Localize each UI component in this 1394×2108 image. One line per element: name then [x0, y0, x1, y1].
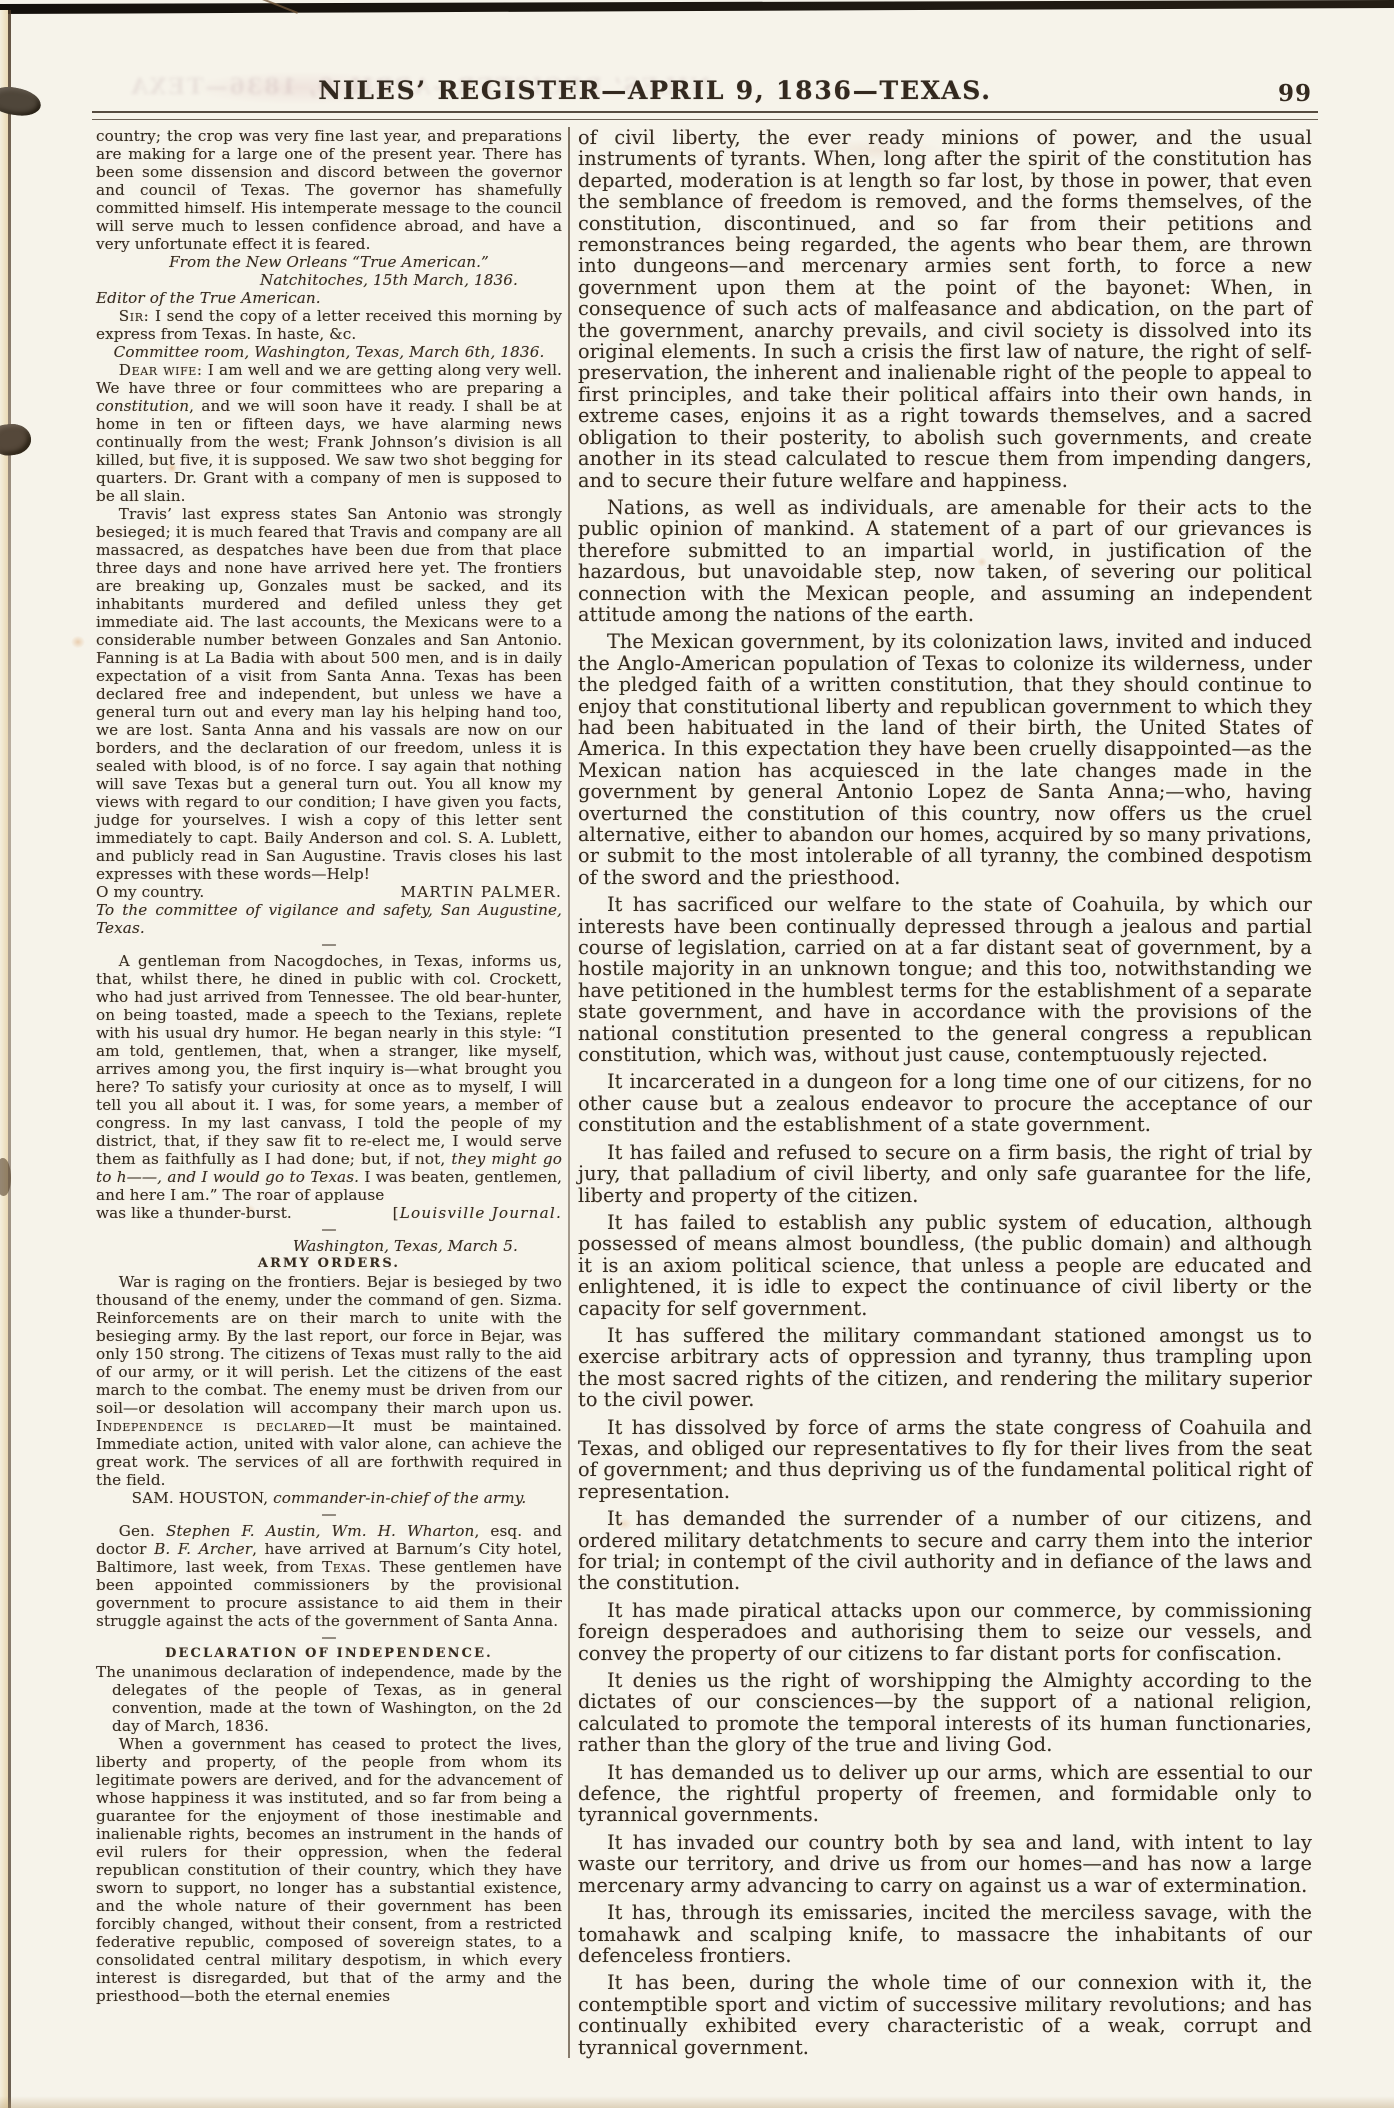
- section-divider: —: [96, 937, 562, 952]
- paragraph: It has demanded us to deliver up our arm…: [578, 1762, 1312, 1826]
- column-divider-rule: [568, 127, 570, 2058]
- paragraph: The Mexican government, by its colonizat…: [578, 631, 1312, 888]
- paragraph: It has sacrificed our welfare to the sta…: [578, 894, 1312, 1065]
- paragraph: When a government has ceased to protect …: [96, 1735, 562, 2005]
- paragraph: It has demanded the surrender of a numbe…: [578, 1508, 1312, 1594]
- section-divider: —: [96, 1222, 562, 1237]
- page-bottom-shadow: [0, 2096, 1394, 2108]
- paragraph: It incarcerated in a dungeon for a long …: [578, 1071, 1312, 1135]
- paragraph: It has made piratical attacks upon our c…: [578, 1600, 1312, 1664]
- paragraph: It denies us the right of worshipping th…: [578, 1670, 1312, 1756]
- paragraph: Sir: I send the copy of a letter receive…: [96, 307, 562, 343]
- paragraph: War is raging on the frontiers. Bejar is…: [96, 1273, 562, 1489]
- text-columns: country; the crop was very fine last yea…: [96, 127, 1312, 2058]
- section-divider: —: [96, 1507, 562, 1522]
- binding-line: [8, 10, 11, 2108]
- dateline: Natchitoches, 15th March, 1836.: [96, 271, 562, 289]
- right-column: of civil liberty, the ever ready minions…: [578, 127, 1312, 2058]
- paragraph: It has, through its emissaries, incited …: [578, 1902, 1312, 1966]
- paragraph: country; the crop was very fine last yea…: [96, 127, 562, 253]
- page-header: NILES’ REGISTER—APRIL 9, 1836—TEXAS. NIL…: [0, 76, 1394, 110]
- paragraph: The unanimous declaration of independenc…: [96, 1663, 562, 1735]
- paragraph: It has failed and refused to secure on a…: [578, 1142, 1312, 1206]
- paragraph: Travis’ last express states San Antonio …: [96, 505, 562, 883]
- declaration-heading: DECLARATION OF INDEPENDENCE.: [96, 1645, 562, 1663]
- signature-line: O my country.MARTIN PALMER.: [96, 883, 562, 901]
- scanned-page: { "header": { "title": "NILES’ REGISTER—…: [0, 0, 1394, 2108]
- paragraph: It has been, during the whole time of ou…: [578, 1972, 1312, 2058]
- paragraph: It has invaded our country both by sea a…: [578, 1832, 1312, 1896]
- paragraph: It has failed to establish any public sy…: [578, 1212, 1312, 1319]
- header-double-rule: [92, 111, 1318, 120]
- address-line: To the committee of vigilance and safety…: [96, 901, 562, 937]
- binding-edge: [0, 10, 8, 2108]
- paragraph: A gentleman from Nacogdoches, in Texas, …: [96, 952, 562, 1204]
- left-column: country; the crop was very fine last yea…: [96, 127, 562, 2058]
- paragraph: of civil liberty, the ever ready minions…: [578, 127, 1312, 491]
- paragraph: Dear wife: I am well and we are getting …: [96, 361, 562, 505]
- paragraph: Nations, as well as individuals, are ame…: [578, 497, 1312, 625]
- paragraph: It has suffered the military commandant …: [578, 1325, 1312, 1411]
- salutation-line: Editor of the True American.: [96, 289, 562, 307]
- dateline: Committee room, Washington, Texas, March…: [96, 343, 562, 361]
- dateline: Washington, Texas, March 5.: [96, 1237, 562, 1255]
- page-number: 99: [1278, 80, 1312, 107]
- paragraph: Gen. Stephen F. Austin, Wm. H. Wharton, …: [96, 1522, 562, 1630]
- page-title: NILES’ REGISTER—APRIL 9, 1836—TEXAS.: [0, 76, 1310, 105]
- section-divider: —: [96, 1630, 562, 1645]
- paragraph: It has dissolved by force of arms the st…: [578, 1417, 1312, 1503]
- source-line: From the New Orleans “True American.”: [96, 253, 562, 271]
- army-orders-heading: ARMY ORDERS.: [96, 1255, 562, 1273]
